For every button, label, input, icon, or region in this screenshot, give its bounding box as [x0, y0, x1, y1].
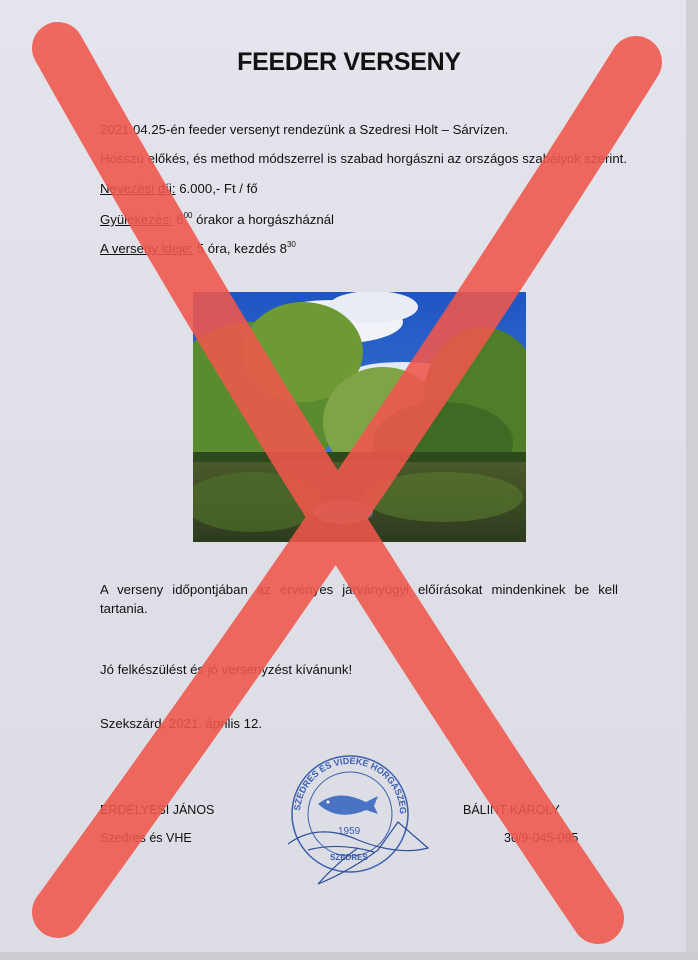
duration: A verseny ideje: 5 óra, kezdés 830	[100, 241, 296, 256]
health-notice: A verseny időpontjában az érvényes járvá…	[100, 580, 618, 618]
right-signer-phone: 30/9-045-095	[504, 831, 578, 845]
duration-label: A verseny ideje	[100, 241, 189, 256]
lake-photo	[193, 292, 526, 542]
gathering-label: Gyülekezés	[100, 212, 169, 227]
duration-value: 5 óra, kezdés	[197, 241, 280, 256]
gathering-hour: 6	[176, 212, 183, 227]
fish-icon	[318, 795, 378, 814]
entry-fee-label: Nevezési díj	[100, 181, 172, 196]
page-edge	[0, 952, 698, 960]
gathering-minutes: 00	[184, 211, 193, 220]
start-minutes: 30	[287, 240, 296, 249]
left-signer-org: Szedres és VHE	[100, 831, 192, 845]
intro-line: 2021.04.25-én feeder versenyt rendezünk …	[100, 122, 508, 137]
club-stamp: SZEDRES ÉS VIDÉKE HORGÁSZEGYESÜLET 1959 …	[278, 752, 443, 892]
place-date: Szekszárd, 2021. április 12.	[100, 716, 262, 731]
gathering: Gyülekezés: 600 órakor a horgászháznál	[100, 212, 334, 227]
poster-title: FEEDER VERSENY	[0, 48, 698, 77]
gathering-place: órakor a horgászháznál	[196, 212, 334, 227]
method-line: Hosszú előkés, és method módszerrel is s…	[100, 151, 627, 166]
wish-line: Jó felkészülést és jó versenyzést kívánu…	[100, 662, 352, 677]
entry-fee-value: 6.000,- Ft / fő	[179, 181, 257, 196]
right-signer-name: BÁLINT KÁROLY	[463, 803, 560, 817]
start-hour: 8	[280, 241, 287, 256]
page-edge	[686, 0, 698, 960]
stamp-year: 1959	[338, 826, 361, 837]
left-signer-name: ERDÉLYESI JÁNOS	[100, 803, 214, 817]
entry-fee: Nevezési díj: 6.000,- Ft / fő	[100, 181, 258, 196]
